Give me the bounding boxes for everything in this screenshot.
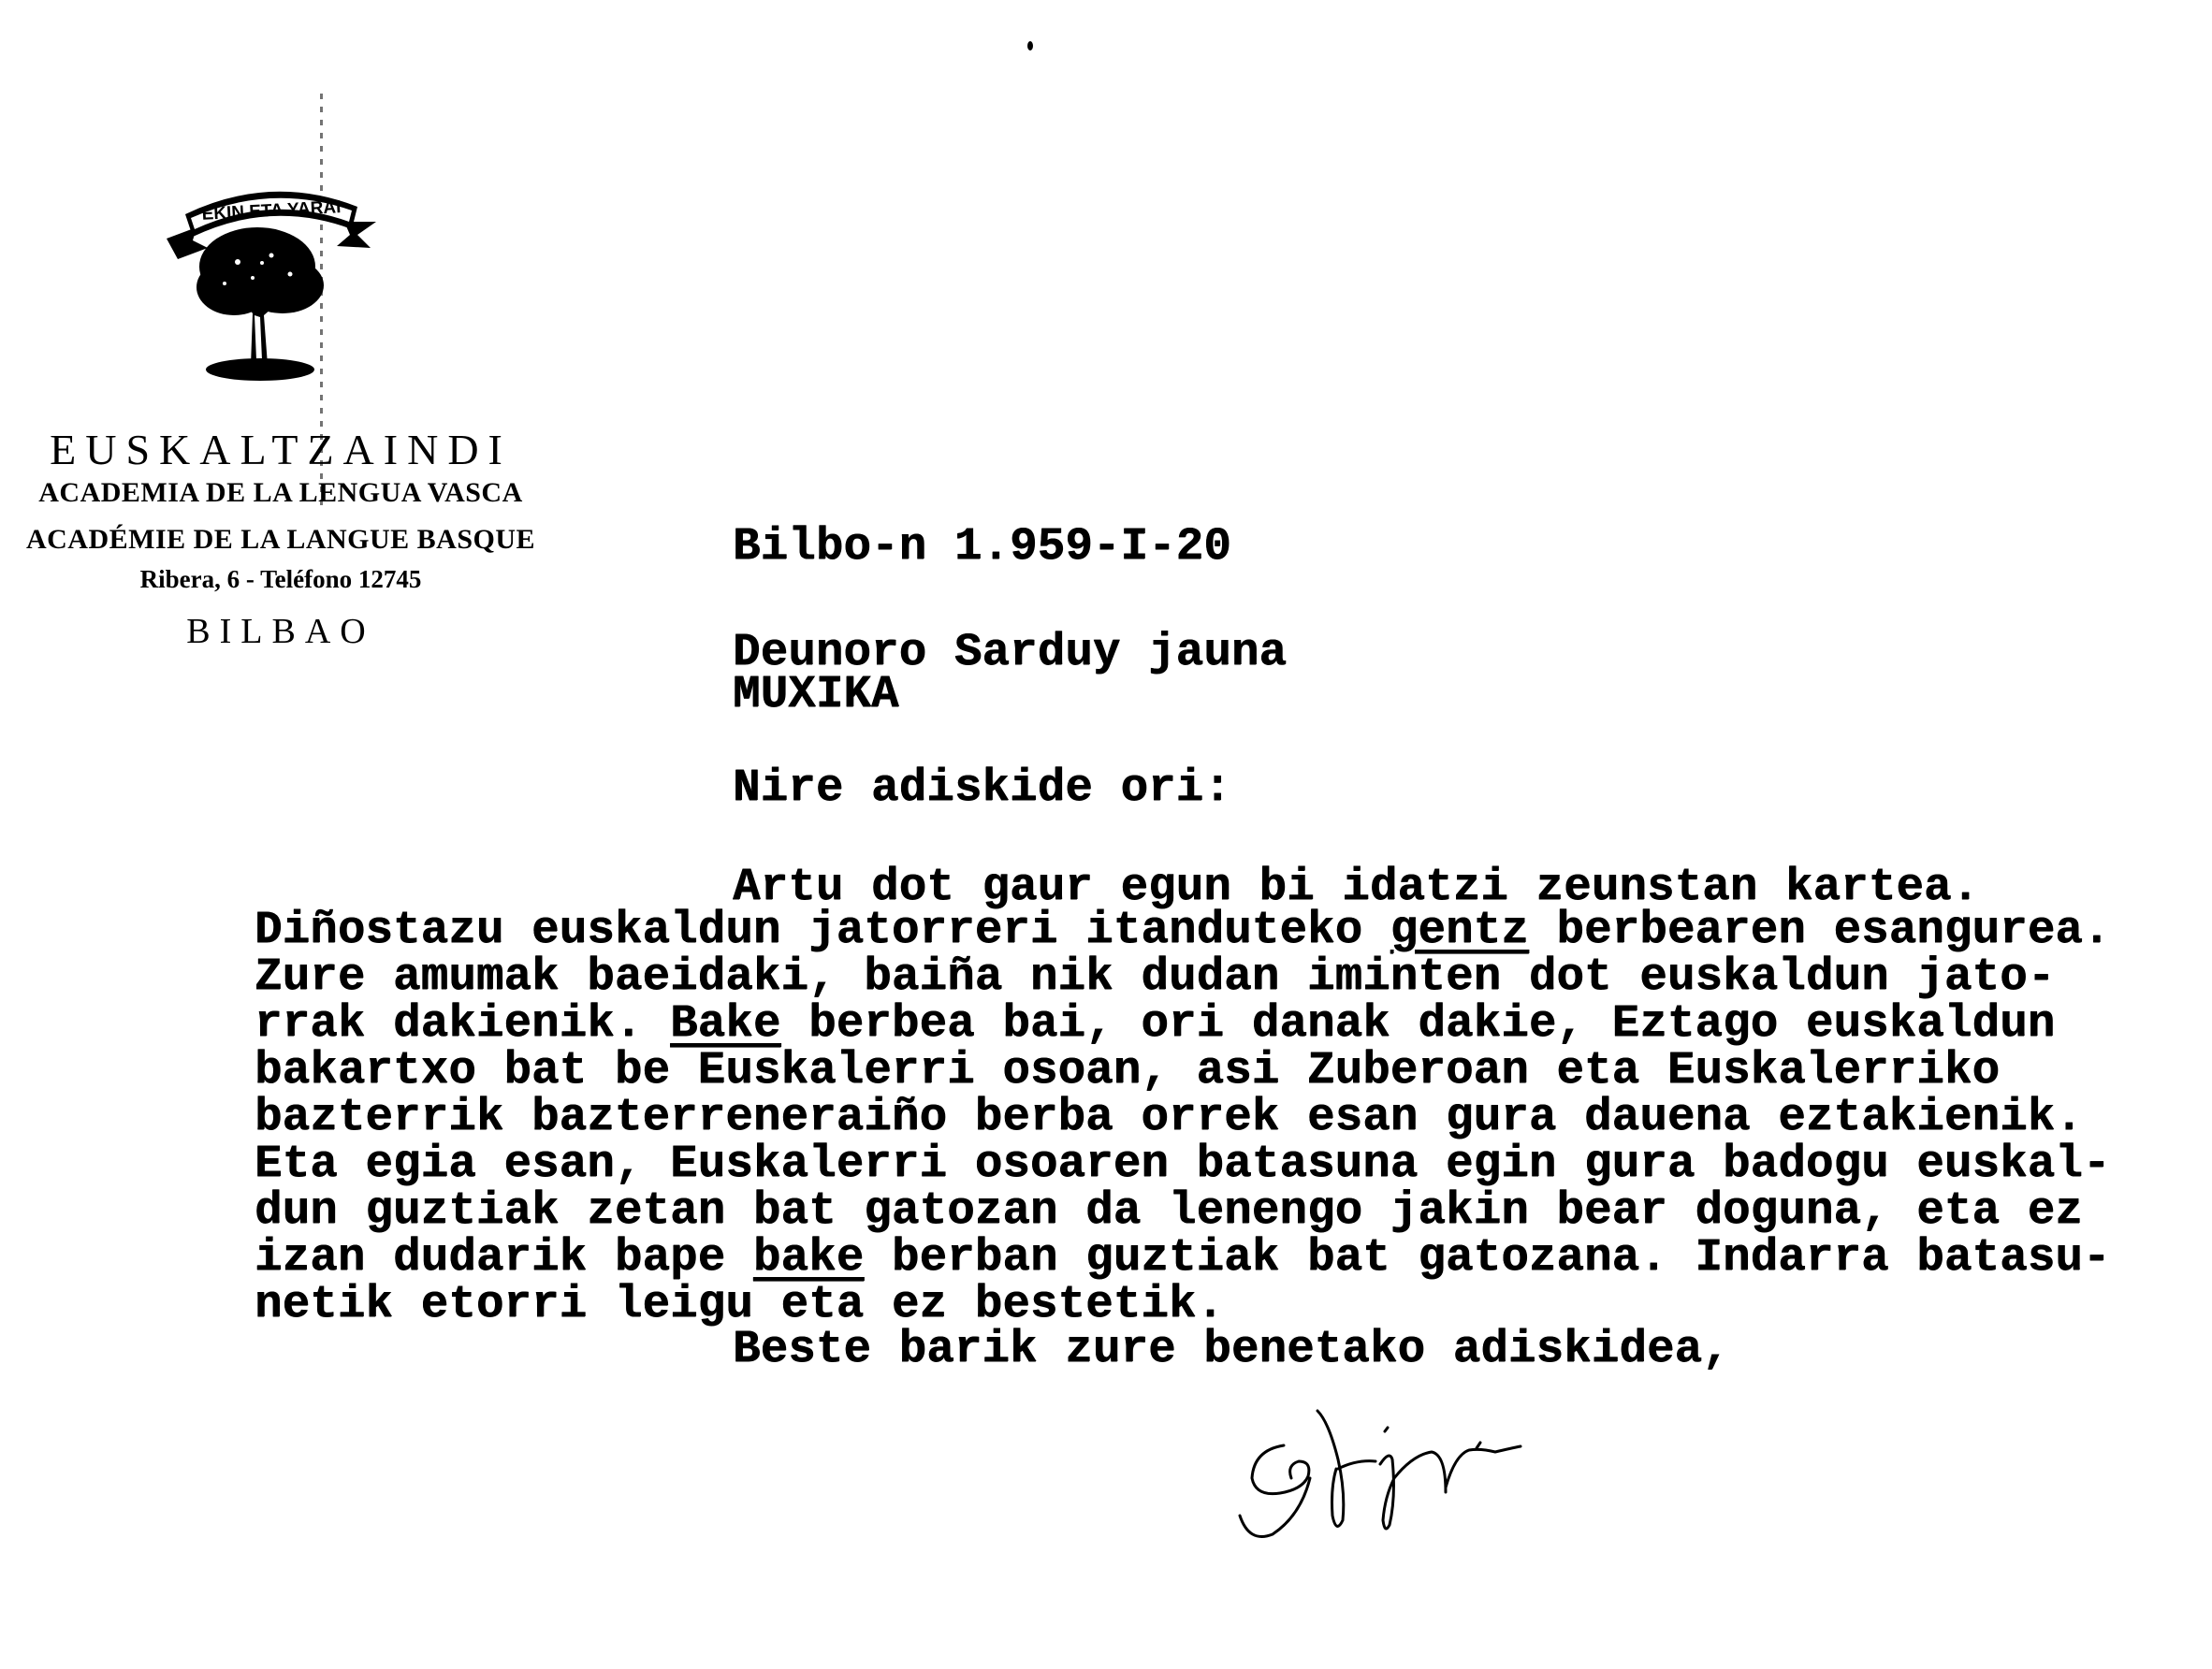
- body-line: Eta egia esan, Euskalerri osoaren batasu…: [255, 1141, 2111, 1187]
- body-line: netik etorri leigu eta ez bestetik.: [255, 1282, 1224, 1328]
- oak-tree-emblem-icon: EKIN ETA YARAI: [159, 173, 384, 393]
- organization-subtitle-es: ACADEMIA DE LA LENGUA VASCA: [19, 479, 543, 507]
- letter-page: EKIN ETA YARAI EUSKALTZAINDI ACADEMIA DE…: [0, 0, 2212, 1669]
- body-line: izan dudarik bape bake berban guztiak ba…: [255, 1235, 2111, 1281]
- organization-name: EUSKALTZAINDI: [19, 428, 543, 472]
- underlined-word: Bake: [670, 997, 780, 1050]
- recipient-place: MUXIKA: [733, 672, 899, 718]
- body-line: bazterrik bazterreneraiño berba orrek es…: [255, 1095, 2083, 1140]
- underlined-word: gentz: [1390, 904, 1529, 956]
- underlined-word: bake: [753, 1231, 864, 1284]
- body-line: Zure amumak baeidaki, baiña nik dudan im…: [255, 954, 2055, 1000]
- handwritten-signature-icon: [1235, 1403, 1572, 1553]
- closing-line: Beste barik zure benetako adiskidea,: [733, 1327, 1730, 1372]
- salutation: Nire adiskide ori:: [733, 765, 1231, 811]
- date-line: Bilbo-n 1.959-I-20: [733, 524, 1231, 570]
- body-line: rrak dakienik. Bake berbea bai, ori dana…: [255, 1001, 2055, 1047]
- organization-subtitle-fr: ACADÉMIE DE LA LANGUE BASQUE: [19, 526, 543, 554]
- organization-city: BILBAO: [19, 614, 543, 649]
- body-line: dun guztiak zetan bat gatozan da lenengo…: [255, 1188, 2083, 1234]
- body-line: Diñostazu euskaldun jatorreri itanduteko…: [255, 907, 2111, 953]
- organization-address: Ribera, 6 - Teléfono 12745: [19, 567, 543, 592]
- body-line: bakartxo bat be Euskalerri osoan, asi Zu…: [255, 1048, 2000, 1094]
- ink-speck: [1027, 41, 1033, 51]
